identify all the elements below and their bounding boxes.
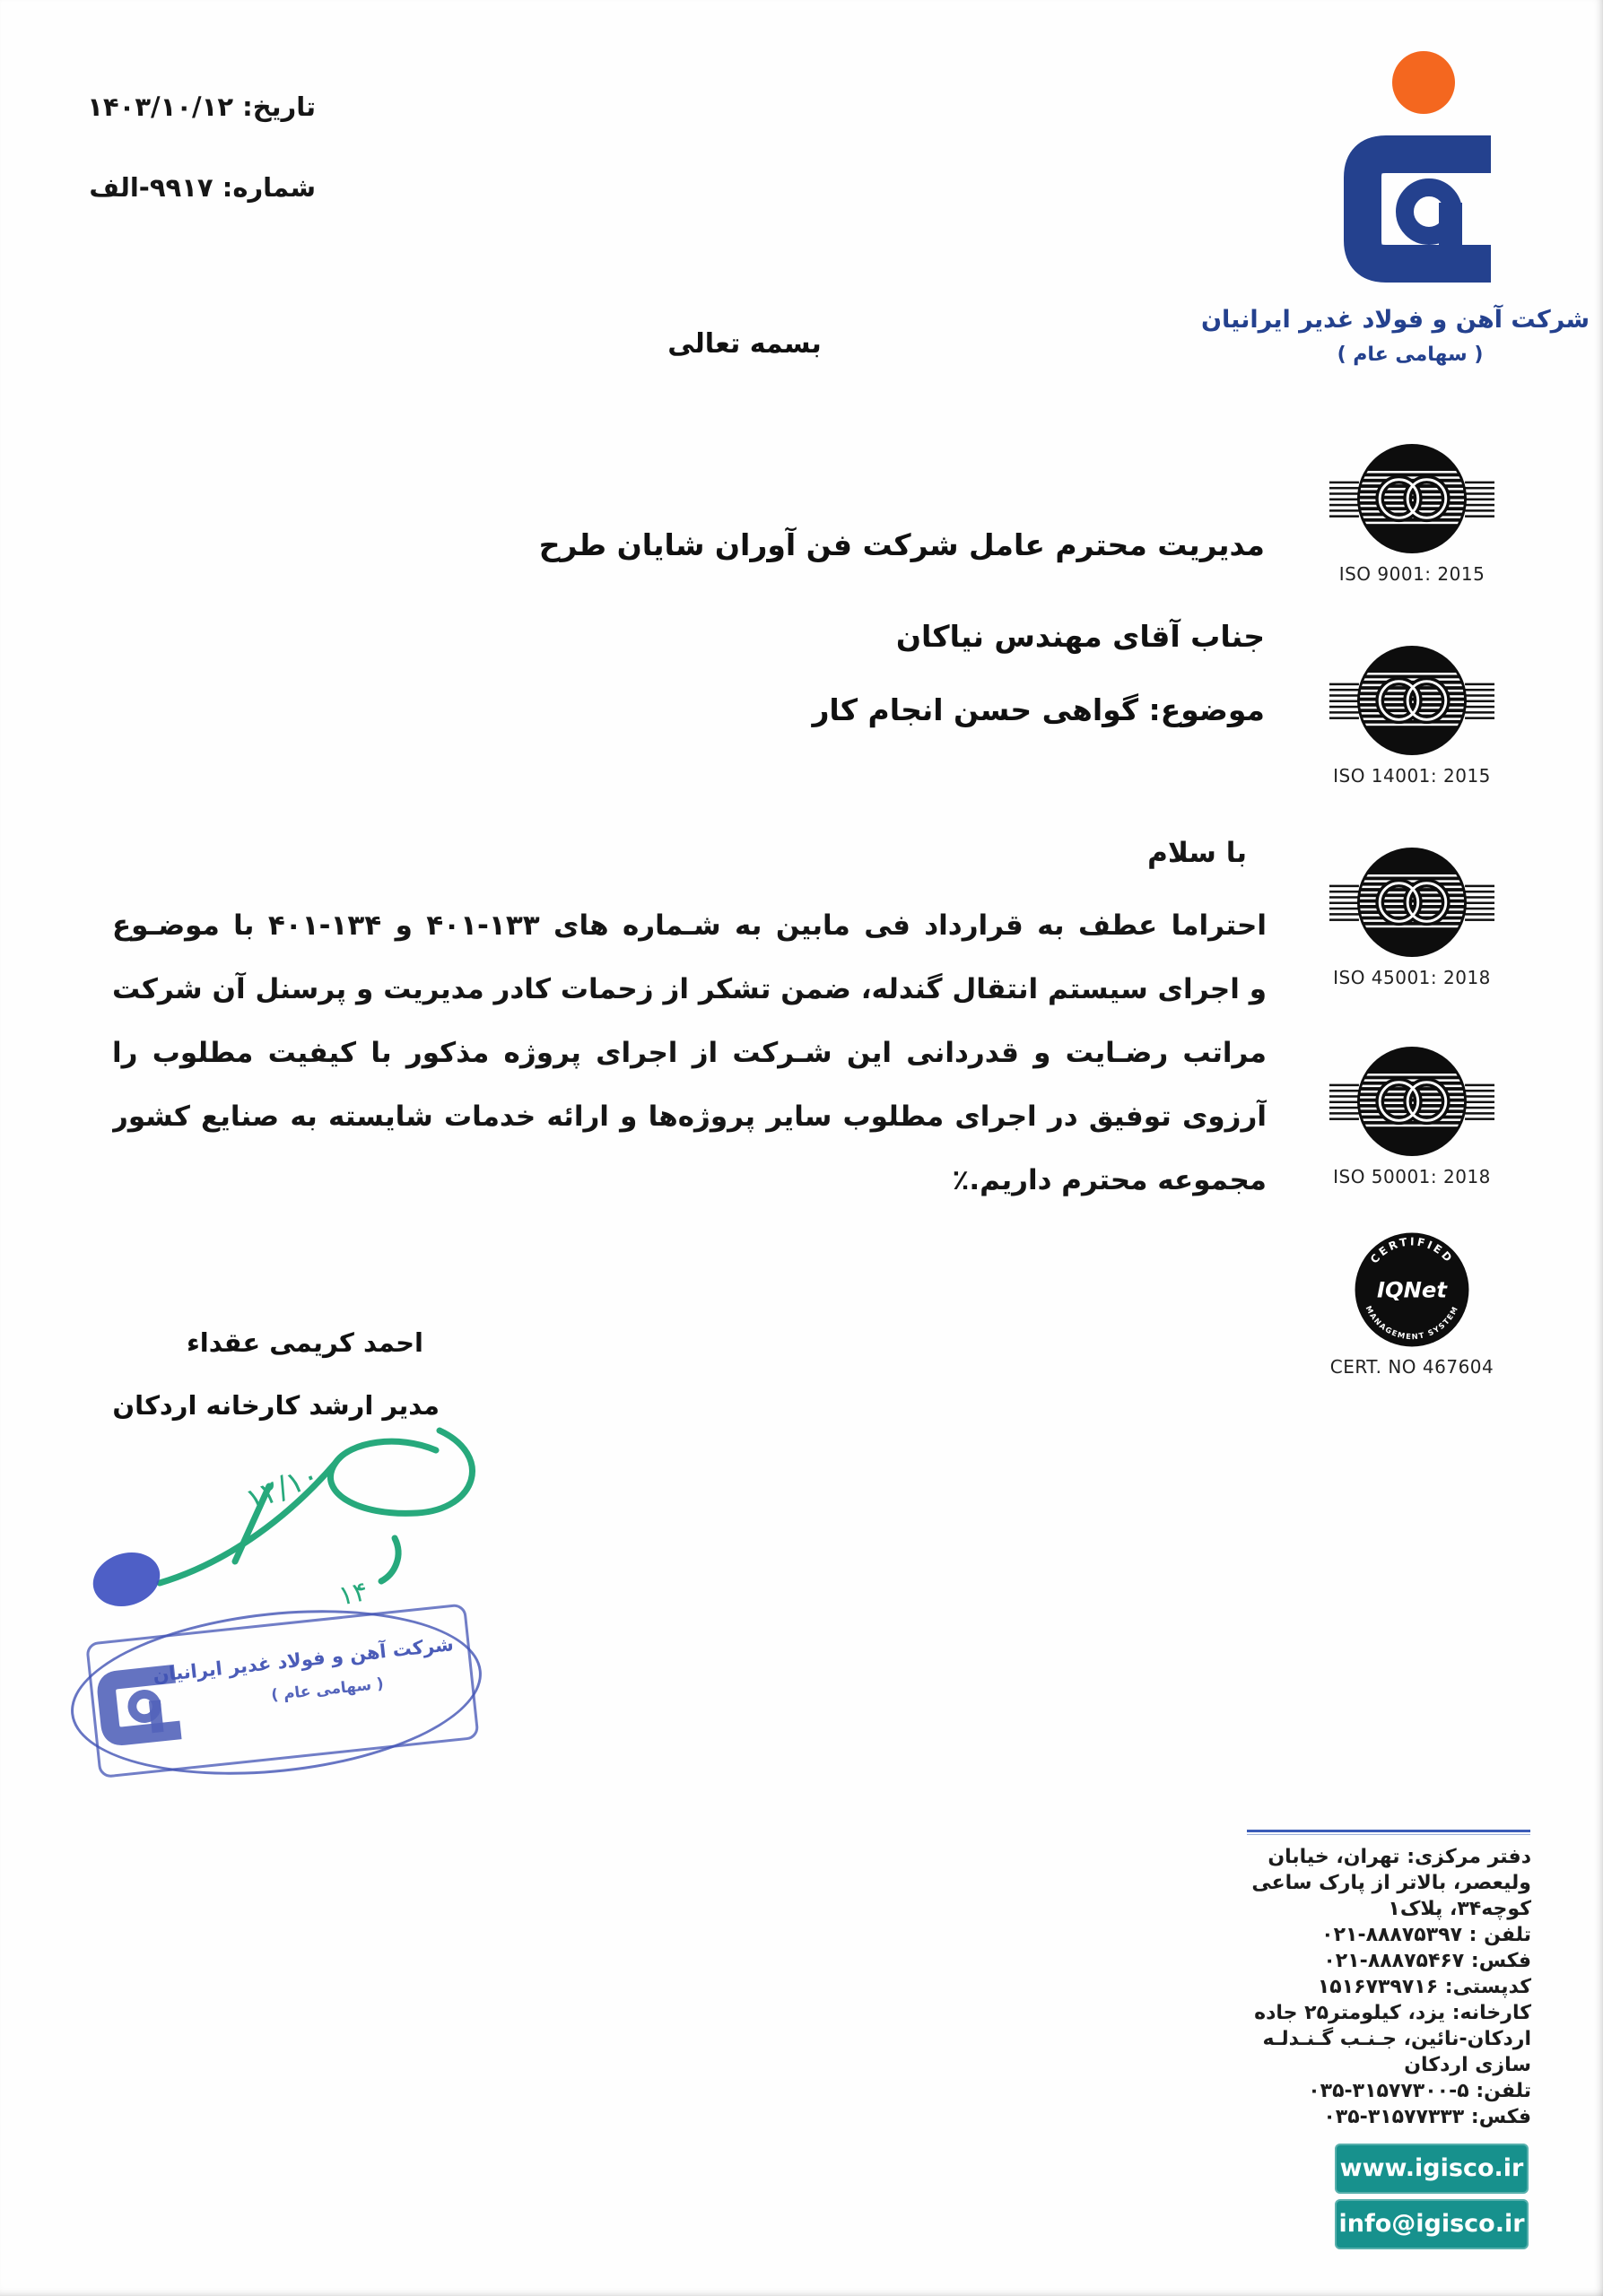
footer-line: اردکان-نائین، جـنـب گـنـدلـه	[1235, 2026, 1531, 2052]
company-name: شرکت آهن و فولاد غدیر ایرانیان	[1231, 306, 1590, 334]
footer-line: فکس: ۸۸۸۷۵۴۶۷-۰۲۱	[1235, 1948, 1531, 1974]
website-link[interactable]: www.igisco.ir	[1335, 2144, 1529, 2194]
iso-badge-label: ISO 50001: 2018	[1329, 1166, 1494, 1187]
iso-badge-14001: ISO 14001: 2015	[1329, 639, 1494, 787]
body-line: مجموعه محترم داریم.٪	[112, 1152, 1267, 1215]
salutation: با سلام	[1147, 837, 1247, 869]
company-type: ( سهامی عام )	[1231, 344, 1590, 366]
footer-line: کدپستی: ۱۵۱۶۷۳۹۷۱۶	[1235, 1974, 1531, 2000]
footer-contact-block: دفتر مرکزی: تهران، خیابان ولیعصر، بالاتر…	[1235, 1844, 1531, 2130]
letter-number: شماره: ۹۹۱۷-الف	[99, 172, 316, 203]
company-logo-icon	[1337, 47, 1502, 300]
iso-badge-50001: ISO 50001: 2018	[1329, 1040, 1494, 1187]
recipient-line-2: جناب آقای مهندس نیاکان	[896, 619, 1265, 654]
footer-line: کوچه۳۴، پلاک۱	[1235, 1896, 1531, 1922]
letter-page: تاریخ: ۱۴۰۳/۱۰/۱۲ شماره: ۹۹۱۷-الف شرکت آ…	[0, 0, 1603, 2296]
footer-line: کارخانه: یزد، کیلومتر۲۵ جاده	[1235, 2000, 1531, 2026]
body-line: و اجرای سیستم انتقال گندله، ضمن تشکر از …	[112, 961, 1267, 1024]
besmele-heading: بسمه تعالی	[619, 328, 870, 360]
letter-body: احتراما عطف به قرارداد فی مابین به شـمار…	[112, 897, 1267, 1215]
footer-line: تلفن : ۸۸۸۷۵۳۹۷-۰۲۱	[1235, 1922, 1531, 1948]
signer-name: احمد کریمی عقداء	[184, 1327, 426, 1358]
body-line: احتراما عطف به قرارداد فی مابین به شـمار…	[112, 897, 1267, 961]
iso-badge-label: ISO 9001: 2015	[1329, 563, 1494, 585]
footer-line: دفتر مرکزی: تهران، خیابان	[1235, 1844, 1531, 1870]
handwritten-date: ۱۲/۱۰	[240, 1457, 324, 1519]
iso-badge-45001: ISO 45001: 2018	[1329, 841, 1494, 988]
iso-badge-label: ISO 45001: 2018	[1329, 967, 1494, 988]
iso-badge-label: ISO 14001: 2015	[1329, 765, 1494, 787]
footer-divider	[1247, 1830, 1530, 1832]
body-line: آرزوی توفیق در اجرای مطلوب سایر پروژه‌ها…	[112, 1088, 1267, 1152]
body-line: مراتب رضـایت و قدردانی این شـرکت از اجرا…	[112, 1024, 1267, 1088]
iqnet-name: IQNet	[1377, 1276, 1448, 1302]
recipient-line-1: مدیریت محترم عامل شرکت فن آوران شایان طر…	[539, 527, 1265, 562]
footer-line: ولیعصر، بالاتر از پارک ساعی	[1235, 1870, 1531, 1896]
footer-line: فکس: ۳۱۵۷۷۳۳۳-۰۳۵	[1235, 2104, 1531, 2130]
footer-line: تلفن: ۵-۳۱۵۷۷۳۰۰-۰۳۵	[1235, 2078, 1531, 2104]
iso-badge-9001: ISO 9001: 2015	[1329, 438, 1494, 585]
subject-line: موضوع: گواهی حسن انجام کار	[812, 692, 1265, 727]
iqnet-cert-no: CERT. NO 467604	[1329, 1356, 1494, 1378]
email-link[interactable]: info@igisco.ir	[1335, 2199, 1529, 2249]
footer-line: سازی اردکان	[1235, 2052, 1531, 2078]
iqnet-badge: CERTIFIED IQNet MANAGEMENT SYSTEM CERT. …	[1329, 1227, 1494, 1378]
logo-orange-dot-icon	[1392, 51, 1455, 114]
letter-date: تاریخ: ۱۴۰۳/۱۰/۱۲	[99, 91, 316, 122]
